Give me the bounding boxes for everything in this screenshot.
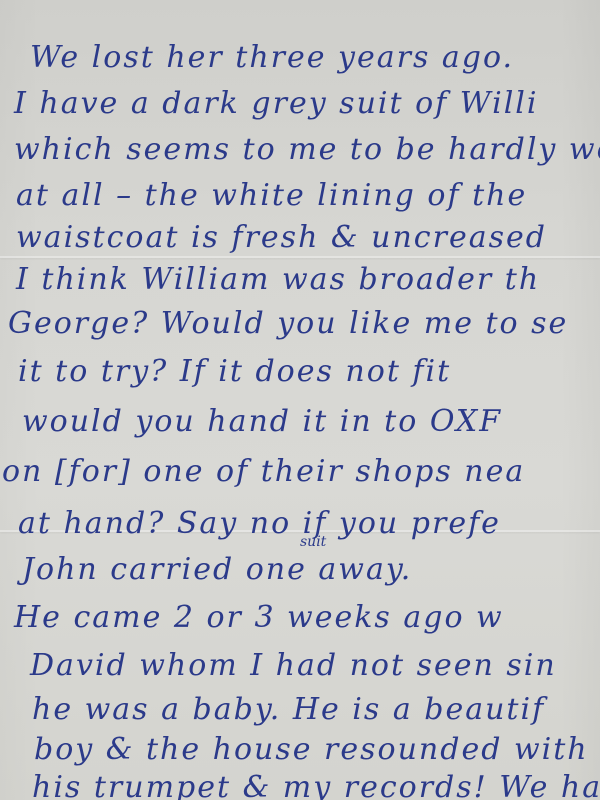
letter-line: would you hand it in to OXF xyxy=(22,404,502,439)
letter-line: We lost her three years ago. xyxy=(30,40,514,75)
letter-line: I think William was broader th xyxy=(16,262,540,297)
letter-line: he was a baby. He is a beautif xyxy=(32,692,545,727)
letter-line: at all – the white lining of the xyxy=(16,178,527,213)
letter-line: David whom I had not seen sin xyxy=(30,648,557,683)
inserted-word: suit xyxy=(300,534,326,550)
letter-line: at hand? Say no if you prefe xyxy=(18,506,501,541)
letter-line-with-strikethrough: on [for] one of their shops nea xyxy=(2,454,525,489)
letter-line: John carried one away. xyxy=(22,552,412,587)
letter-line: waistcoat is fresh & uncreased xyxy=(16,220,547,255)
paper-fold-line xyxy=(0,256,600,258)
letter-line: which seems to me to be hardly wo xyxy=(14,132,600,167)
letter-line: I have a dark grey suit of Willi xyxy=(14,86,538,121)
letter-line: George? Would you like me to se xyxy=(8,306,568,341)
letter-line: He came 2 or 3 weeks ago w xyxy=(14,600,504,635)
letter-line: boy & the house resounded with xyxy=(34,732,589,767)
letter-line: his trumpet & my records! We ha xyxy=(32,770,600,800)
letter-line: it to try? If it does not fit xyxy=(18,354,451,389)
